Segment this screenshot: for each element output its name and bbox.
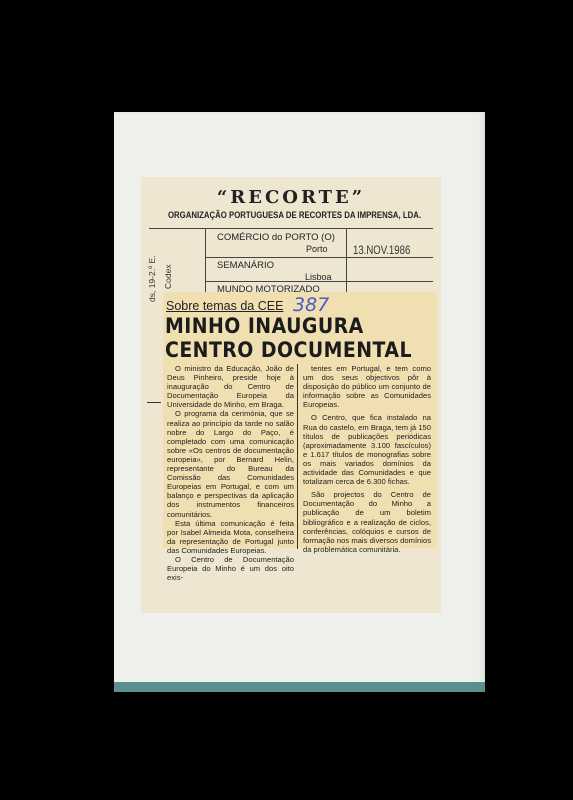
- publication-name: SEMANÁRIO: [217, 260, 274, 271]
- card-edge: [114, 682, 485, 692]
- date-underline: [351, 257, 433, 258]
- column-rule: [297, 364, 298, 549]
- newspaper-clipping: Sobre temas da CEE 387 MINHO INAUGURA CE…: [163, 292, 437, 548]
- table-rule: [346, 229, 347, 299]
- article-column-left: O ministro da Educação, João de Deus Pin…: [167, 364, 294, 582]
- paragraph: O Centro de Documentação Europeia do Min…: [167, 555, 294, 582]
- publication-city: Porto: [306, 244, 328, 254]
- vertical-address: ds, 19-2.º E.: [147, 255, 157, 302]
- publication-name: COMÉRCIO do PORTO (O): [217, 232, 335, 243]
- paragraph: tentes em Portugal, e tem como um dos se…: [303, 364, 431, 409]
- organization-name: ORGANIZAÇÃO PORTUGUESA DE RECORTES DA IM…: [168, 210, 414, 221]
- paragraph: O Centro, que fica instalado na Rua do c…: [303, 413, 431, 486]
- divider: [149, 228, 433, 229]
- kicker: Sobre temas da CEE: [166, 299, 283, 313]
- clipping-date: 13.NOV.1986: [353, 243, 410, 257]
- headline-line: MINHO INAUGURA: [165, 314, 412, 338]
- margin-mark: [147, 402, 161, 403]
- brand-title: “RECORTE”: [141, 187, 441, 208]
- paragraph: São projectos do Centro de Documentação …: [303, 490, 431, 554]
- headline: MINHO INAUGURA CENTRO DOCUMENTAL: [165, 314, 412, 362]
- paragraph: Esta última comunicação é feita por Isab…: [167, 519, 294, 555]
- paragraph: O ministro da Educação, João de Deus Pin…: [167, 364, 294, 409]
- headline-line: CENTRO DOCUMENTAL: [165, 338, 412, 362]
- vertical-address: Codex: [163, 264, 173, 289]
- row-divider: [205, 281, 433, 282]
- table-rule: [205, 229, 206, 299]
- article-column-right: tentes em Portugal, e tem como um dos se…: [303, 364, 431, 554]
- handwritten-number: 387: [293, 294, 329, 316]
- paragraph: O programa da cerimónia, que se realiza …: [167, 409, 294, 518]
